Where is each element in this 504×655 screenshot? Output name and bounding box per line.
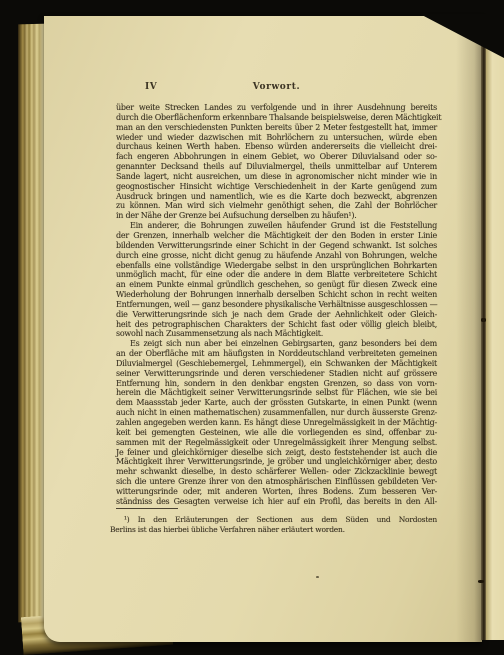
- text-line: sich die untere Grenze ihrer von den atm…: [116, 477, 437, 487]
- text-line: mehr schwankt dieselbe, in desto schärfe…: [116, 467, 437, 477]
- text-line: genannter Decksand theils auf Diluvialme…: [116, 162, 437, 172]
- text-line: durch eine grosse, nicht dicht genug zu …: [116, 251, 437, 261]
- text-line: über weite Strecken Landes zu verfolgend…: [116, 103, 437, 113]
- paper-speck: [478, 580, 484, 583]
- text-line: bildenden Verwitterungsrinde einer Schic…: [116, 241, 437, 251]
- text-line: ebenfalls eine vollständige Wiedergabe s…: [116, 261, 437, 271]
- text-line: Ein anderer, die Bohrungen zuweilen häuf…: [116, 221, 437, 231]
- text-line: heit des petrographischen Charakters der…: [116, 320, 437, 330]
- text-line: Diluvialmergel (Geschiebemergel, Lehmmer…: [116, 359, 437, 369]
- text-line: sammen mit der Regelmässigkeit oder Unre…: [116, 438, 437, 448]
- text-line: witterungsrinde oder, mit anderen Worten…: [116, 487, 437, 497]
- text-line: an einem Punkte einmal gründlich gescheh…: [116, 280, 437, 290]
- text-line: man an den verschiedensten Punkten berei…: [116, 123, 437, 133]
- text-line: Es zeigt sich nun aber bei einzelnen Geb…: [116, 339, 437, 349]
- text-line: Je feiner und gleichkörniger dieselbe si…: [116, 448, 437, 458]
- text-line: der Grenzen, innerhalb welcher die Mächt…: [116, 231, 437, 241]
- text-line: sowohl nach Zusammensetzung als nach Mäc…: [116, 329, 437, 339]
- text-line: herein die Mächtigkeit seiner Verwitteru…: [116, 388, 437, 398]
- text-line: wieder und wieder dazwischen mit Bohrlöc…: [116, 133, 437, 143]
- text-line: Entfernung hin, sondern in den denkbar e…: [116, 379, 437, 389]
- text-line: seiner Verwitterungsrinde und deren vers…: [116, 369, 437, 379]
- text-line: zu können. Man wird sich vielmehr genöth…: [116, 201, 437, 211]
- text-line: zahlen angegeben werden kann. Es hängt d…: [116, 418, 437, 428]
- paper-speck: [481, 318, 486, 322]
- page-header: IV Vorwort.: [116, 82, 437, 94]
- body-text: über weite Strecken Landes zu verfolgend…: [116, 103, 437, 507]
- text-line: durchaus keinen Werth haben. Ebenso würd…: [116, 142, 437, 152]
- text-line: geognostischer Hinsicht wichtige Verschi…: [116, 182, 437, 192]
- text-line: unmöglich macht, für eine oder die ander…: [116, 270, 437, 280]
- text-line: ständniss des Gesagten verweise ich hier…: [116, 497, 437, 507]
- footnote: ¹) In den Erläuterungen der Sectionen au…: [110, 515, 437, 535]
- text-line: dem Maassstab jeder Karte, auch der grös…: [116, 398, 437, 408]
- text-line: auch nicht in einen mathematischen) zusa…: [116, 408, 437, 418]
- text-line: in der Nähe der Grenze bei Aufsuchung de…: [116, 211, 437, 221]
- footnote-rule: [116, 508, 178, 509]
- text-line: die Verwitterungsrinde sich je nach dem …: [116, 310, 437, 320]
- text-line: Berlins ist das hierbei übliche Verfahre…: [110, 525, 437, 535]
- text-line: keit bei gemengten Gesteinen, wie alle d…: [116, 428, 437, 438]
- text-line: an der Oberfläche mit am häufigsten in N…: [116, 349, 437, 359]
- photo-background: IV Vorwort. über weite Strecken Landes z…: [0, 0, 504, 655]
- text-line: Sande lagert, nicht ausreichen, um diese…: [116, 172, 437, 182]
- book-page: IV Vorwort. über weite Strecken Landes z…: [44, 16, 482, 642]
- text-line: Mächtigkeit ihrer Verwitterungsrinde, je…: [116, 457, 437, 467]
- next-page-edge: [486, 22, 504, 640]
- text-line: durch die Oberflächenform erkennbare Tha…: [116, 113, 437, 123]
- text-line: fach engeren Abbohrungen in einem Gebiet…: [116, 152, 437, 162]
- text-line: ¹) In den Erläuterungen der Sectionen au…: [110, 515, 437, 525]
- text-line: Ausdruck bringen und namentlich, wie es …: [116, 192, 437, 202]
- running-title: Vorwort.: [116, 82, 437, 92]
- text-line: Entfernungen, weil — ganz besondere phys…: [116, 300, 437, 310]
- paper-speck: [316, 576, 319, 578]
- text-line: Wiederholung der Bohrungen innerhalb der…: [116, 290, 437, 300]
